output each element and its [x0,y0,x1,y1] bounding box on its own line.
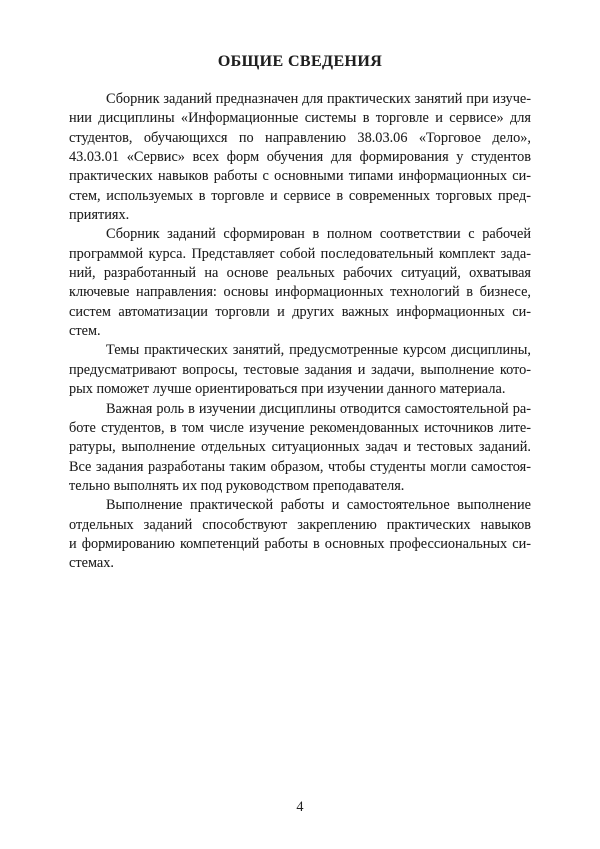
text-line: Сборник заданий сформирован в полном соо… [69,225,531,244]
text-line: отдельных заданий способствуют закреплен… [69,516,531,535]
paragraph: Выполнение практической работы и самосто… [69,496,531,573]
text-line: ний, разработанный на основе реальных ра… [69,264,531,283]
paragraph: Сборник заданий сформирован в полном соо… [69,225,531,341]
text-line: Сборник заданий предназначен для практич… [69,90,531,109]
text-line: ратуры, выполнение отдельных ситуационны… [69,438,531,457]
text-line: тельно выполнять их под руководством пре… [69,477,531,496]
paragraph: Важная роль в изучении дисциплины отводи… [69,400,531,497]
text-line: предусматривают вопросы, тестовые задани… [69,361,531,380]
text-line: 43.03.01 «Сервис» всех форм обучения для… [69,148,531,167]
text-line: стем, используемых в торговле и сервисе … [69,187,531,206]
text-line: нии дисциплины «Информационные системы в… [69,109,531,128]
page-title: ОБЩИЕ СВЕДЕНИЯ [69,52,531,72]
text-line: стем. [69,322,531,341]
paragraph: Темы практических занятий, предусмотренн… [69,341,531,399]
text-line: практических навыков работы с основными … [69,167,531,186]
text-line: ключевые направления: основы информацион… [69,283,531,302]
text-line: приятиях. [69,206,531,225]
paragraph: Сборник заданий предназначен для практич… [69,90,531,225]
text-line: Важная роль в изучении дисциплины отводи… [69,400,531,419]
text-line: стемах. [69,554,531,573]
text-line: программой курса. Представляет собой пос… [69,245,531,264]
paragraphs-container: Сборник заданий предназначен для практич… [69,90,531,574]
text-line: систем автоматизации торговли и других в… [69,303,531,322]
text-line: рых поможет лучше ориентироваться при из… [69,380,531,399]
text-line: Темы практических занятий, предусмотренн… [69,341,531,360]
page-number: 4 [69,798,531,816]
text-line: Выполнение практической работы и самосто… [69,496,531,515]
text-line: студентов, обучающихся по направлению 38… [69,129,531,148]
text-line: и формированию компетенций работы в осно… [69,535,531,554]
document-page: ОБЩИЕ СВЕДЕНИЯ Сборник заданий предназна… [0,0,600,849]
text-line: боте студентов, в том числе изучение рек… [69,419,531,438]
text-line: Все задания разработаны таким образом, ч… [69,458,531,477]
